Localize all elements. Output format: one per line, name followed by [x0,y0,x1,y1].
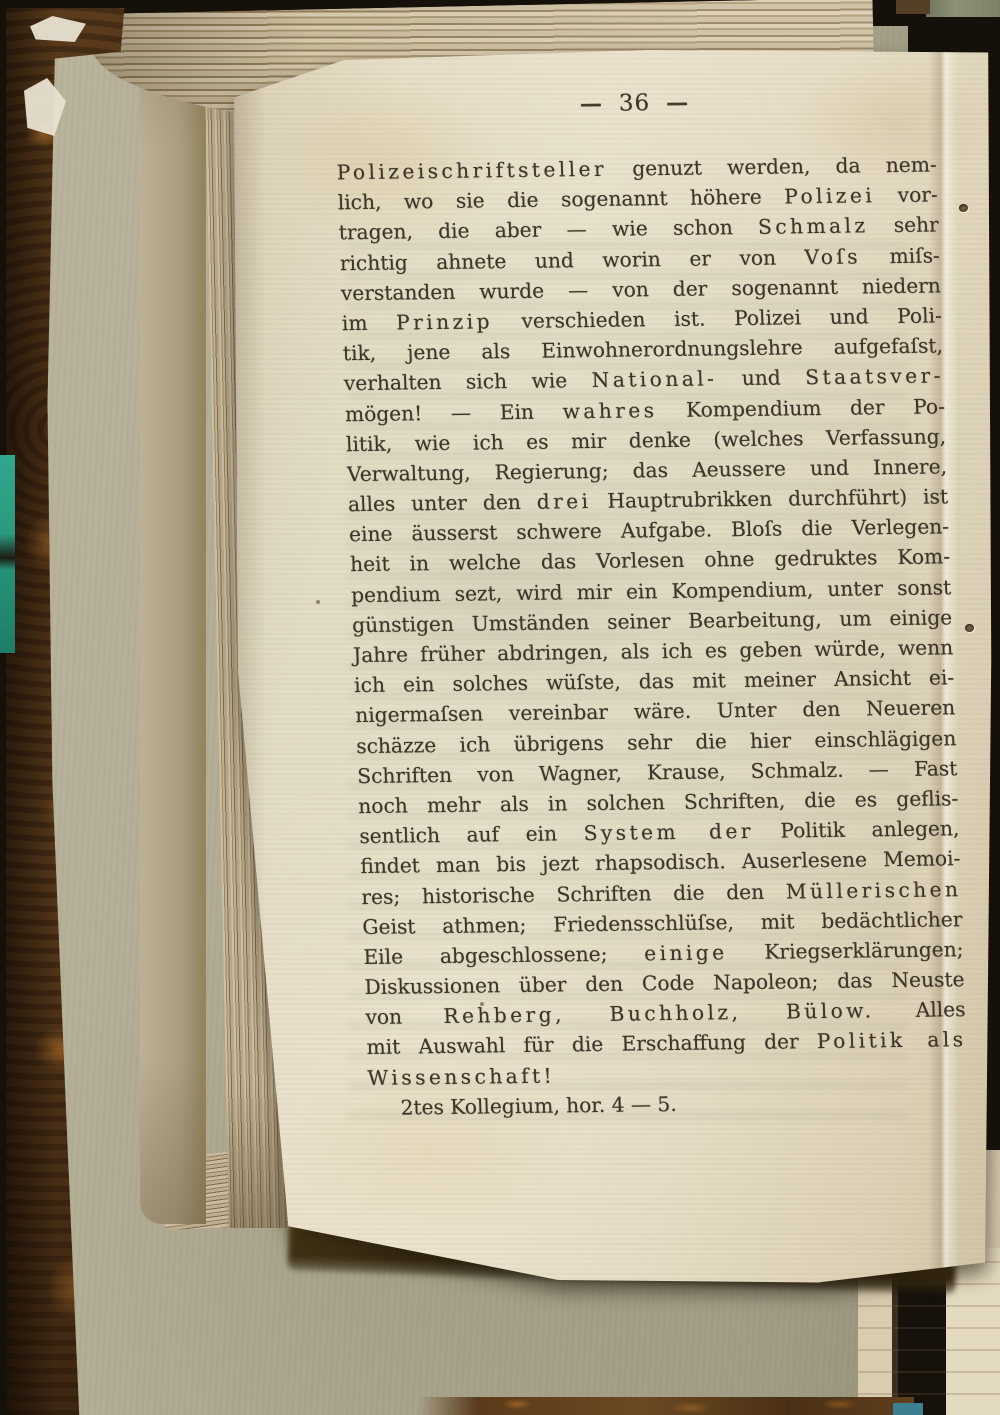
text-segment: schäzze ich übrigens sehr die hier einsc… [356,726,957,758]
book-page: —36— Polizeischriftsteller genuzt werden… [228,40,992,1290]
letterspaced-text: einige [644,940,728,965]
text-segment: verschieden ist. Polizei und Poli- [492,303,942,333]
text-segment: Geist athmen; Friedensschlüſse, mit bedä… [362,907,963,939]
text-segment: Jahre früher abdringen, als ich es geben… [353,635,954,667]
teal-bookmark-strip [0,455,15,653]
text-segment: alles unter den [348,490,538,516]
cover-fragment [896,0,930,14]
text-segment: Politik anlegen, [753,816,959,843]
text-segment: litik, wie ich es mir denke (welches Ver… [346,424,947,456]
text-segment: vor- [875,183,938,208]
letterspaced-text: Prinzip [396,309,494,334]
letterspaced-text: Staatsver- [805,364,944,390]
text-segment: Kompendium der Po- [657,394,945,422]
text-segment: tragen, die aber — wie schon [338,215,758,244]
text-segment: res; historische Schriften die den [361,879,786,909]
page-stack-column [140,34,206,1224]
text-segment: von [365,1004,444,1029]
text-segment: Kriegserklärungen; [727,937,964,964]
body-text: Polizeischriftsteller genuzt werden, da … [336,149,968,1092]
letterspaced-text: Müllerischen [785,877,961,903]
text-segment: Eile abgeschlossene; [363,941,645,969]
page-number-dash: — [563,91,619,118]
page-number-dash: — [650,90,706,117]
letterspaced-text: wahres [562,398,658,423]
text-segment: im [341,311,396,336]
text-segment: heit in welche das Vorlesen ohne gedrukt… [350,545,951,577]
text-segment: verstanden wurde — von der sogenannt nie… [340,273,941,305]
text-segment: pendium sezt, wird mir ein Kompendium, u… [351,575,952,607]
text-segment: sehr [868,213,939,238]
text-segment: mögen! — Ein [345,399,563,426]
letterspaced-text: Polizei [784,183,876,208]
text-segment: noch mehr als in solchen Schriften, die … [358,786,959,818]
letterspaced-text: drei [536,489,592,514]
printed-text-block: —36— Polizeischriftsteller genuzt werden… [334,85,969,1123]
text-segment: tik, jene als Einwohnerordnungslehre auf… [342,334,943,366]
text-segment: eine äusserst schwere Aufgabe. Bloſs die… [349,515,950,547]
text-segment: lich, wo sie die sogenannt höhere [337,185,784,215]
letterspaced-text: Polizeischriftsteller [336,157,607,185]
letterspaced-text: Rehberg, Buchholz, Bülow. [443,999,875,1029]
text-segment: genuzt werden, da nem- [607,152,938,180]
wormhole [959,204,968,212]
letterspaced-text: Voſs [804,244,861,269]
teal-fragment [893,1403,923,1415]
back-cover-edge [926,0,1000,17]
text-segment: und [717,366,806,391]
book-photo: —36— Polizeischriftsteller genuzt werden… [0,0,1000,1415]
text-segment: Schriften von Wagner, Krause, Schmalz. —… [357,756,958,788]
text-segment: ich ein solches wüſste, das mit meiner A… [354,665,955,697]
page-number-row: —36— [334,85,935,124]
letterspaced-text: Schmalz [758,214,869,239]
cover-bottom-edge [418,1397,914,1415]
foxing-speck [316,600,320,604]
text-segment: richtig ahnete und worin er von [339,245,805,275]
letterspaced-text: Politik als [817,1028,967,1054]
text-segment: Diskussionen über den Code Napoleon; das… [364,967,965,999]
text-segment: sentlich auf ein [359,821,584,848]
text-segment: nigermaſsen vereinbar wäre. Unter den Ne… [355,696,956,728]
letterspaced-text: National- [591,367,717,393]
page-number: 36 [618,90,650,116]
letterspaced-text: Wissenschaft! [367,1063,555,1089]
text-segment: Hauptrubrikken durchführt) ist [591,484,948,513]
text-segment: Alles [874,997,966,1022]
text-segment: findet man bis jezt rhapsodisch. Auserle… [360,847,961,879]
text-segment: mit Auswahl für die Erschaffung der [366,1030,817,1060]
text-segment: Verwaltung, Regierung; das Aeussere und … [347,454,948,486]
wormhole [965,624,974,632]
text-segment: miſs- [861,243,941,268]
text-segment: günstigen Umständen seiner Bearbeitung, … [352,605,953,637]
letterspaced-text: System der [583,819,754,845]
book-page-wrapper: —36— Polizeischriftsteller genuzt werden… [228,40,992,1290]
text-segment: verhalten sich wie [344,368,593,395]
